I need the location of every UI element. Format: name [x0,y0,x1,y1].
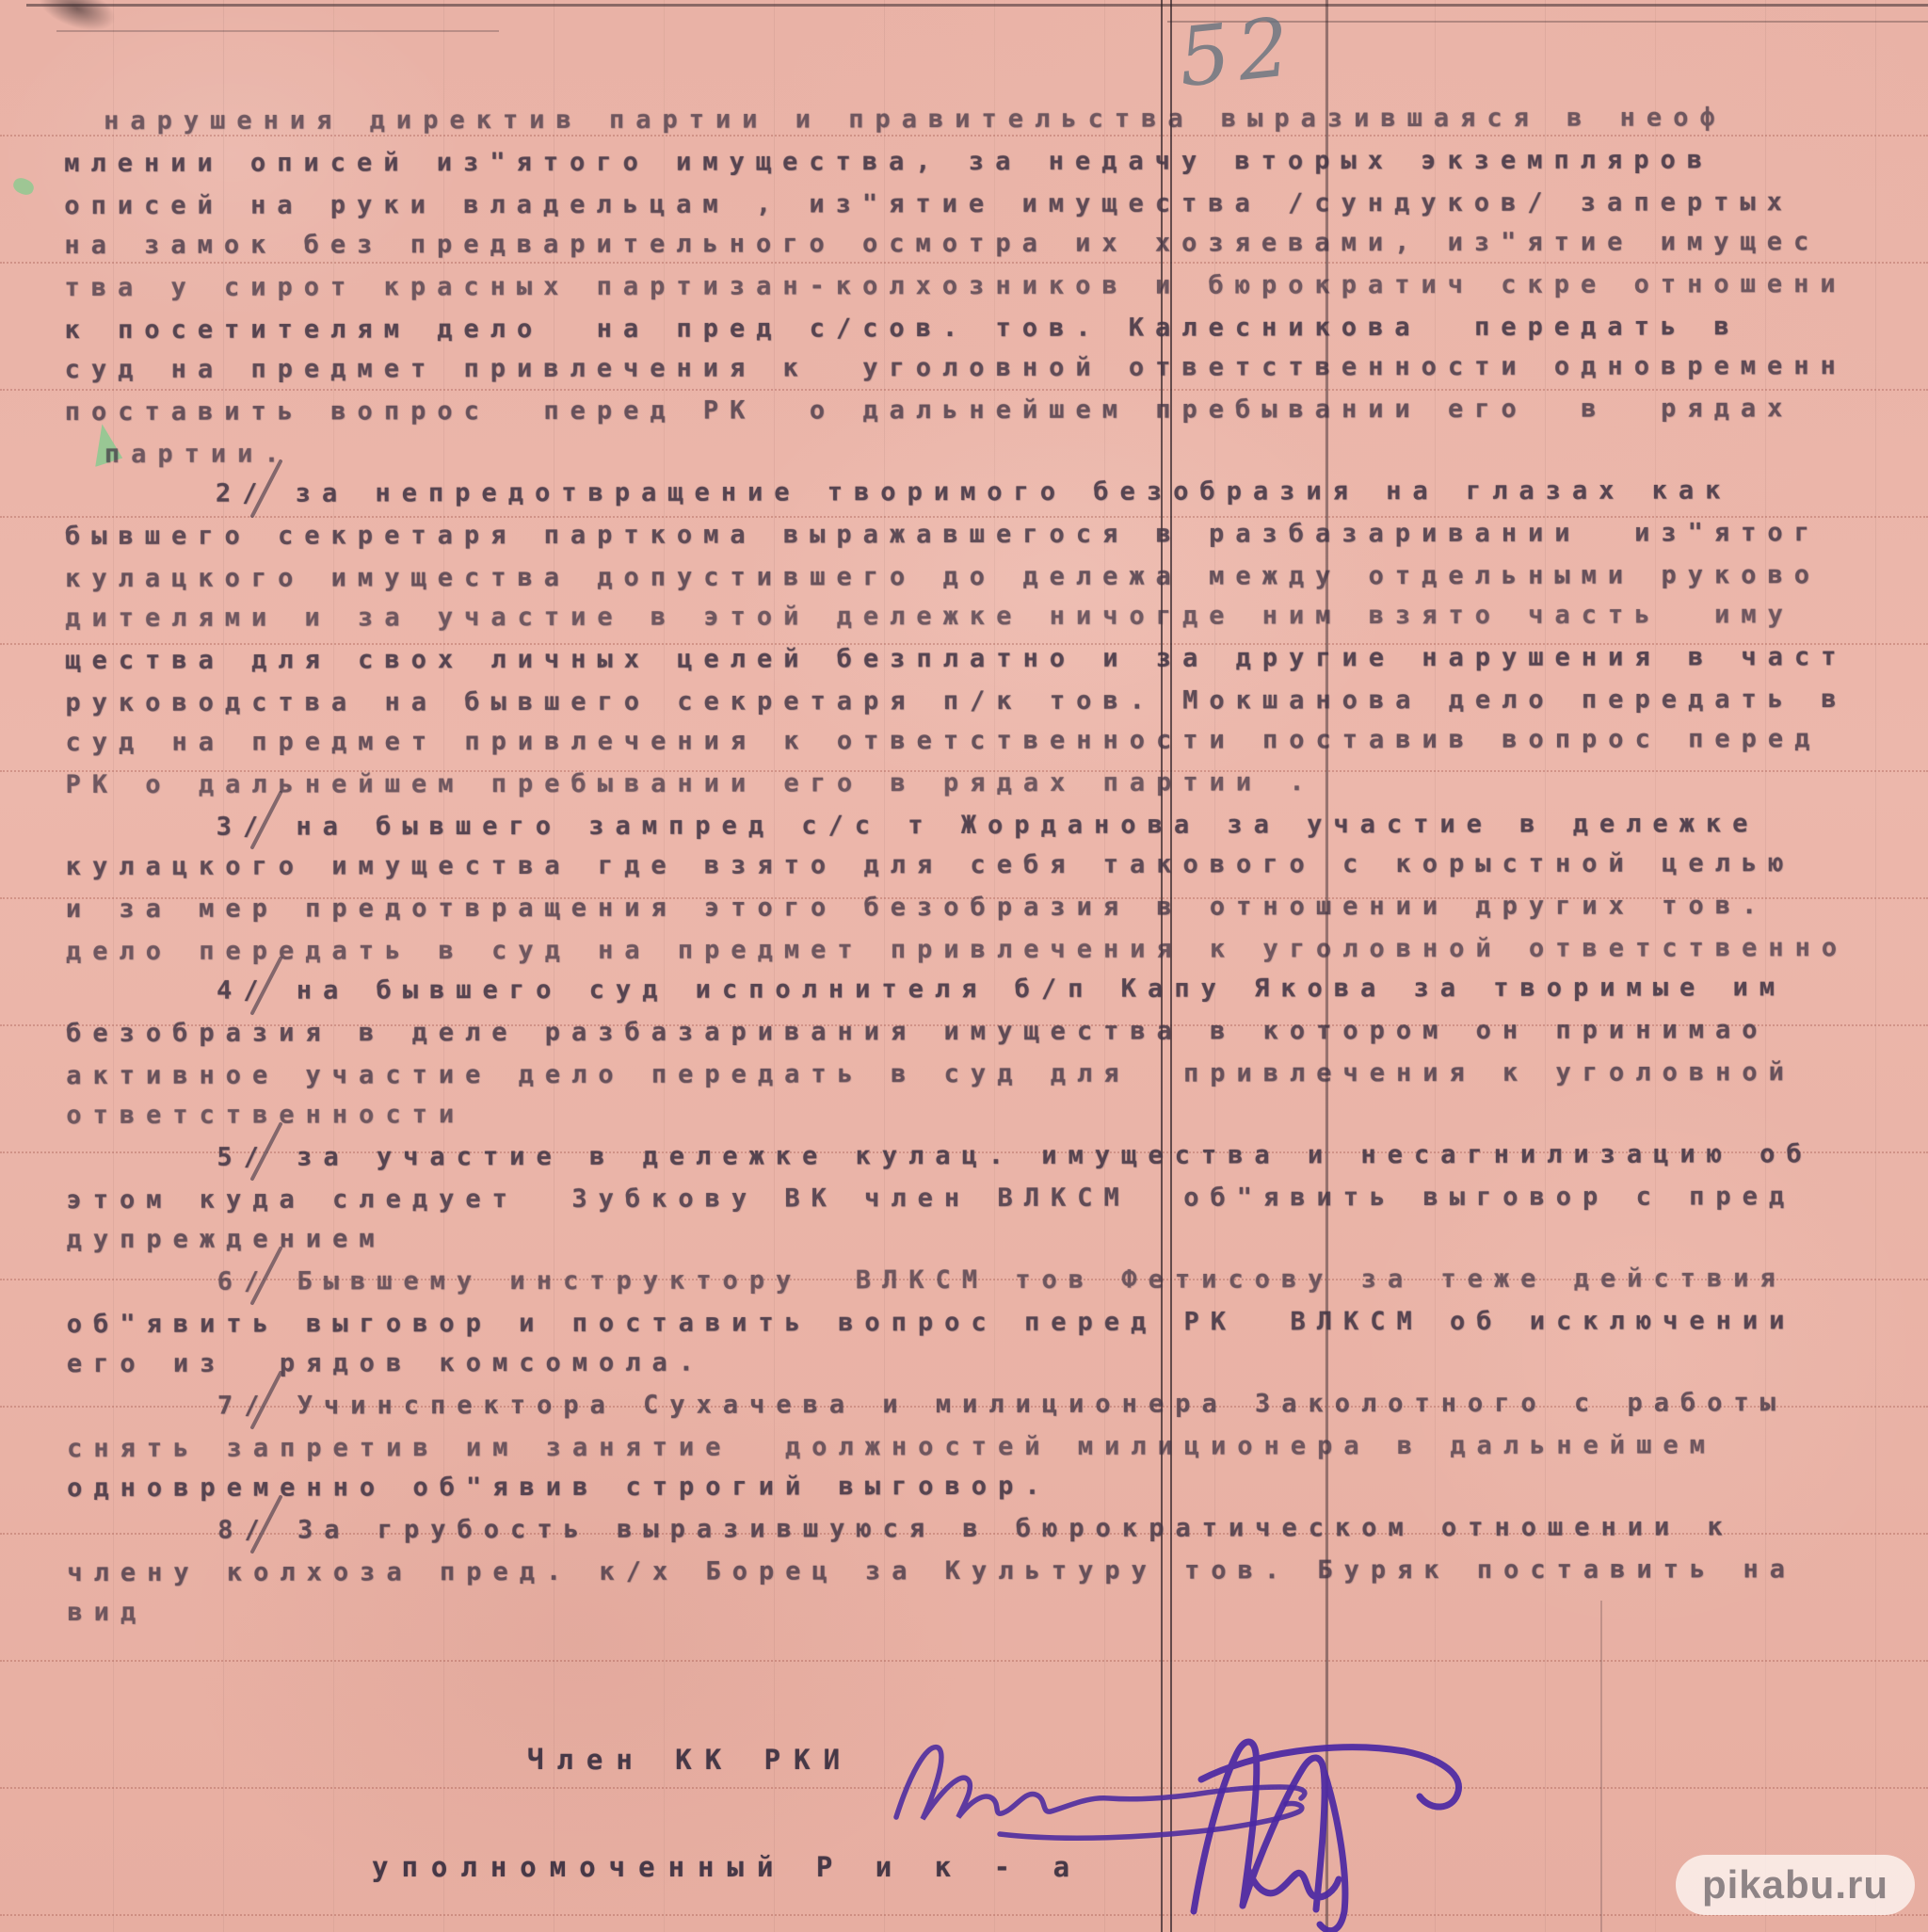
typed-line-6: к посетителям дело на пред с/сов. тов. К… [65,306,1741,351]
typed-text-block: нарушения директив партии и правительств… [0,0,1928,1932]
typed-line-32: 7/ Учинспектора Сухачева и милиционера З… [217,1382,1787,1426]
typed-line-12: кулацкого имущества допустившего до деле… [65,555,1821,600]
typed-line-1: нарушения директив партии и правительств… [104,97,1727,142]
typed-line-26: 5/ за участие в дележке кулац. имущества… [217,1134,1812,1179]
typed-line-2: млении описей из"ятого имущества, за нед… [64,139,1713,185]
scanned-document-page: 52 нарушения директив партии и правитель… [0,0,1928,1932]
typed-line-28: дупреждением [67,1218,386,1261]
commissioner-rik-label: уполномоченный Р и к - а [372,1851,1083,1883]
typed-line-29: 6/ Бывшему инструктору ВЛКСМ тов Фетисов… [217,1258,1787,1302]
typed-line-20: и за мер предотвращения этого безобразия… [66,885,1768,930]
typed-line-19: кулацкого имущества где взято для себя т… [66,843,1795,888]
typed-line-11: бывшего секретаря парткома выражавшегося… [65,512,1821,557]
typed-line-9: партии. [104,433,291,475]
typed-line-15: руководства на бывшего секретаря п/к тов… [65,679,1847,724]
member-kk-rki-label: Член КК РКИ [527,1744,853,1776]
typed-line-13: дителями и за участие в этой дележке нич… [65,594,1794,639]
typed-line-24: активное участие дело передать в суд для… [66,1052,1795,1097]
typed-line-3: описей на руки владельцам , из"ятие имущ… [64,182,1793,227]
watermark-pikabu: pikabu.ru [1676,1855,1915,1915]
typed-line-8: поставить вопрос перед РК о дальнейшем п… [65,388,1794,433]
typed-line-5: тва у сирот красных партизан-колхозников… [64,264,1846,309]
typed-line-27: этом куда следует Зубкову ВК член ВЛКСМ … [66,1176,1795,1221]
typed-line-18: 3/ на бывшего зампред с/с т Жорданова за… [217,803,1759,847]
typed-line-17: РК о дальнейшем пребывании его в рядах п… [66,762,1316,806]
typed-line-34: одновременно об"явив строгий выговор. [67,1466,1052,1509]
typed-line-31: его из рядов комсомола. [67,1343,705,1385]
typed-line-21: дело передать в суд на предмет привлечен… [66,927,1848,973]
typed-line-33: снять запретив им занятие должностей мил… [67,1425,1716,1470]
typed-line-22: 4/ на бывшего суд исполнителя б/п Капу Я… [217,967,1786,1011]
typed-line-25: ответственности [66,1094,465,1136]
typed-line-35: 8/ За грубость выразившуюся в бюрократич… [217,1506,1734,1551]
typed-line-36: члену колхоза пред. к/х Борец за Культур… [67,1549,1796,1594]
typed-line-14: щества для свох личных целей безплатно и… [65,636,1847,682]
typed-line-16: суд на предмет привлечения к ответственн… [65,718,1821,764]
typed-line-23: безобразия в деле разбазаривания имущест… [66,1009,1768,1055]
typed-line-30: об"явить выговор и поставить вопрос пере… [67,1300,1796,1345]
typed-line-7: суд на предмет привлечения к уголовной о… [65,346,1847,391]
typed-line-37: вид [67,1592,147,1634]
typed-line-10: 2/ за непредотвращение творимого безобра… [216,470,1732,514]
typed-line-4: на замок без предварительного осмотра их… [64,221,1820,266]
